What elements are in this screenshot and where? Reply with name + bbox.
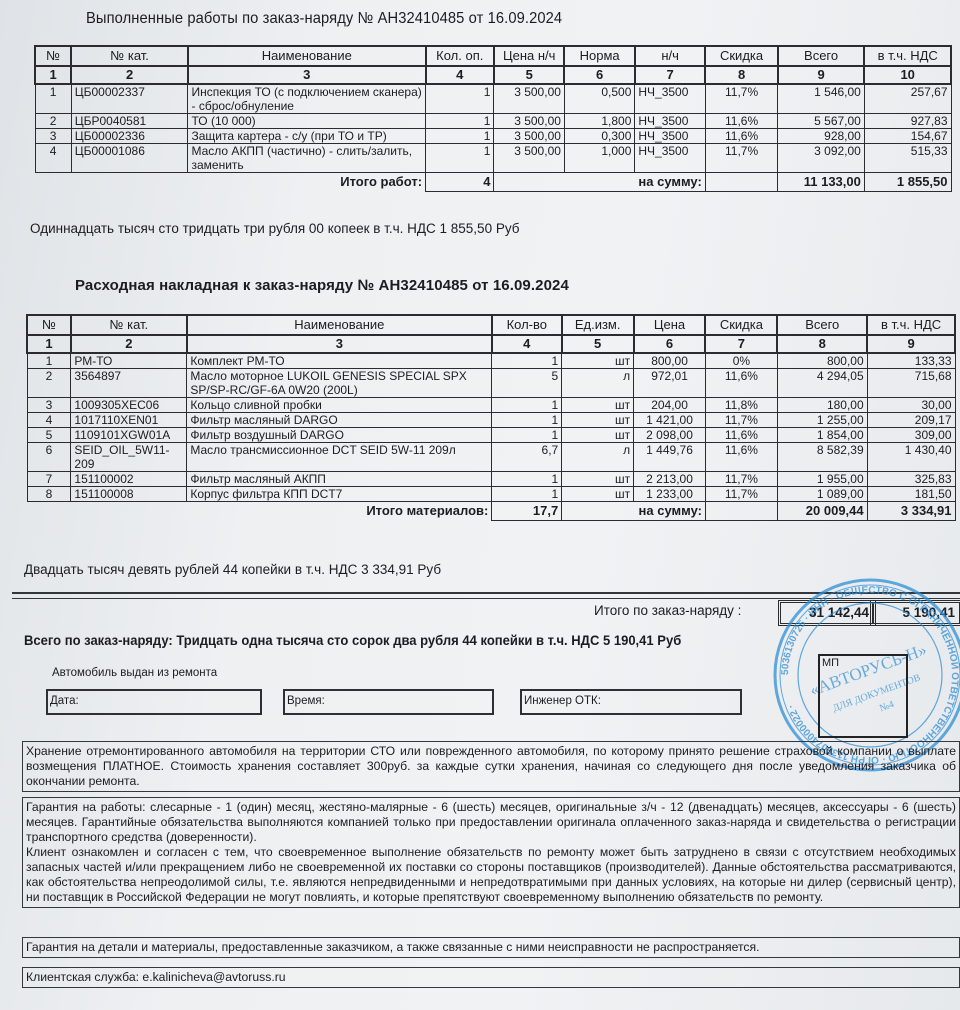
col-number: 3 bbox=[187, 335, 492, 353]
cell-discount: 0% bbox=[705, 353, 777, 369]
cell-price: 2 213,00 bbox=[634, 472, 706, 487]
cell-n: 8 bbox=[27, 487, 71, 502]
storage-terms-text: Хранение отремонтированного автомобиля н… bbox=[26, 744, 956, 789]
col-number: 4 bbox=[426, 66, 494, 84]
cell-price: 800,00 bbox=[634, 353, 706, 369]
cell-unit: л bbox=[562, 369, 634, 398]
release-heading: Автомобиль выдан из ремонта bbox=[52, 667, 217, 679]
cell-cat: 1009305XEC06 bbox=[71, 398, 187, 413]
cell-norm: 1,800 bbox=[564, 114, 634, 129]
works-title: Выполненные работы по заказ-наряду № АН3… bbox=[86, 10, 562, 28]
table-row: 41017110XEN01Фильтр масляный DARGO1шт1 4… bbox=[27, 413, 955, 428]
cell-discount: 11,6% bbox=[705, 443, 777, 472]
col-header: Скидка bbox=[705, 315, 777, 335]
table-row: 6SEID_OIL_5W11-209Масло трансмиссионное … bbox=[27, 443, 955, 472]
cell-cat: 151100008 bbox=[71, 487, 187, 502]
works-total-in-words: Одиннадцать тысяч сто тридцать три рубля… bbox=[30, 221, 519, 236]
cell-vat: 257,67 bbox=[864, 84, 951, 114]
cell-qty: 5 bbox=[492, 369, 562, 398]
cell-name: Кольцо сливной пробки bbox=[187, 398, 492, 413]
cell-vat: 325,83 bbox=[867, 472, 955, 487]
cell-total: 180,00 bbox=[777, 398, 867, 413]
cell-name: ТО (10 000) bbox=[188, 114, 426, 129]
warranty-terms-box: Гарантия на работы: слесарные - 1 (один)… bbox=[22, 797, 960, 908]
table-row: 2ЦБР0040581ТО (10 000)13 500,001,800НЧ_3… bbox=[35, 114, 951, 129]
cell-rate: НЧ_3500 bbox=[635, 114, 705, 129]
cell-discount: 11,6% bbox=[705, 114, 777, 129]
cell-total: 1 854,00 bbox=[777, 428, 867, 443]
works-total-label: Итого работ: bbox=[35, 173, 426, 192]
cell-price: 972,01 bbox=[634, 369, 706, 398]
cell-name: Инспекция ТО (с подключением сканера) - … bbox=[188, 84, 426, 114]
cell-total: 8 582,39 bbox=[777, 443, 867, 472]
document-page: Выполненные работы по заказ-наряду № АН3… bbox=[0, 0, 960, 1010]
cell-cat: 3564897 bbox=[71, 369, 187, 398]
cell-cat: ЦБ00001086 bbox=[71, 144, 188, 173]
cell-qty: 6,7 bbox=[492, 443, 562, 472]
cell-norm: 1,000 bbox=[564, 144, 634, 173]
storage-terms-box: Хранение отремонтированного автомобиля н… bbox=[22, 741, 960, 792]
cell-total: 4 294,05 bbox=[777, 369, 867, 398]
table-row: 3ЦБ00002336Защита картера - с/у (при ТО … bbox=[35, 129, 951, 144]
cell-qty: 1 bbox=[492, 472, 562, 487]
cell-n: 4 bbox=[35, 144, 71, 173]
cell-total: 800,00 bbox=[777, 353, 867, 369]
cell-n: 5 bbox=[27, 428, 71, 443]
release-time-field: Время: bbox=[283, 689, 494, 715]
materials-total-in-words: Двадцать тысяч девять рублей 44 копейки … bbox=[24, 562, 441, 577]
col-header: Всего bbox=[777, 315, 867, 335]
cell-unit: шт bbox=[562, 413, 634, 428]
materials-sum-label: на сумму: bbox=[562, 502, 706, 521]
works-header-row: № № кат. Наименование Кол. оп. Цена н/ч … bbox=[35, 46, 951, 66]
materials-title: Расходная накладная к заказ-наряду № АН3… bbox=[75, 277, 569, 294]
cell-unit: шт bbox=[562, 353, 634, 369]
col-number: 9 bbox=[778, 66, 865, 84]
col-number: 3 bbox=[188, 66, 426, 84]
cell-total: 1 255,00 bbox=[777, 413, 867, 428]
cell-price: 3 500,00 bbox=[494, 84, 564, 114]
cell-qty: 1 bbox=[492, 413, 562, 428]
col-header: Всего bbox=[778, 46, 865, 66]
materials-total-vat: 3 334,91 bbox=[867, 502, 955, 521]
cell-name: Комплект РМ-ТО bbox=[187, 353, 492, 369]
cell-name: Корпус фильтра КПП DCT7 bbox=[187, 487, 492, 502]
cell-vat: 209,17 bbox=[867, 413, 955, 428]
cell-price: 1 421,00 bbox=[634, 413, 706, 428]
grand-total-in-words: Всего по заказ-наряду: Тридцать одна тыс… bbox=[24, 632, 681, 648]
cell-name: Масло АКПП (частично) - слить/залить, за… bbox=[188, 144, 426, 173]
cell-name: Масло трансмиссионное DCT SEID 5W-11 209… bbox=[187, 443, 492, 472]
cell-total: 5 567,00 bbox=[778, 114, 865, 129]
works-total-row: Итого работ: 4 на сумму: 11 133,00 1 855… bbox=[35, 173, 951, 192]
col-number: 5 bbox=[494, 66, 564, 84]
cell-discount: 11,6% bbox=[705, 129, 777, 144]
works-total-qty: 4 bbox=[426, 173, 494, 192]
cell-n: 1 bbox=[35, 84, 71, 114]
col-header: Ед.изм. bbox=[562, 315, 634, 335]
cell-name: Фильтр масляный DARGO bbox=[187, 413, 492, 428]
table-row: 23564897Масло моторное LUKOIL GENESIS SP… bbox=[27, 369, 955, 398]
table-row: 1ЦБ00002337Инспекция ТО (с подключением … bbox=[35, 84, 951, 114]
cell-vat: 30,00 bbox=[867, 398, 955, 413]
works-table: № № кат. Наименование Кол. оп. Цена н/ч … bbox=[34, 45, 952, 192]
cell-vat: 715,68 bbox=[867, 369, 955, 398]
table-row: 1РМ-ТОКомплект РМ-ТО1шт800,000%800,00133… bbox=[27, 353, 955, 369]
table-row: 51109101XGW01AФильтр воздушный DARGO1шт2… bbox=[27, 428, 955, 443]
cell-vat: 1 430,40 bbox=[867, 443, 955, 472]
cell-price: 1 449,76 bbox=[634, 443, 706, 472]
cell-name: Фильтр воздушный DARGO bbox=[187, 428, 492, 443]
col-number: 6 bbox=[634, 335, 706, 353]
col-header: № кат. bbox=[71, 46, 188, 66]
works-column-numbers: 1 2 3 4 5 6 7 8 9 10 bbox=[35, 66, 951, 84]
col-number: 6 bbox=[564, 66, 634, 84]
cell-price: 2 098,00 bbox=[634, 428, 706, 443]
force-majeure-text: Клиент ознакомлен и согласен с тем, что … bbox=[26, 845, 956, 905]
cell-cat: 1017110XEN01 bbox=[71, 413, 187, 428]
cell-unit: шт bbox=[562, 398, 634, 413]
materials-total-qty: 17,7 bbox=[492, 502, 562, 521]
col-number: 7 bbox=[705, 335, 777, 353]
col-number: 8 bbox=[705, 66, 777, 84]
col-number: 2 bbox=[71, 66, 188, 84]
col-header: № кат. bbox=[71, 315, 187, 335]
cell-price: 3 500,00 bbox=[494, 114, 564, 129]
cell-vat: 181,50 bbox=[867, 487, 955, 502]
col-header: в т.ч. НДС bbox=[867, 315, 955, 335]
cell-n: 2 bbox=[35, 114, 71, 129]
cell-price: 204,00 bbox=[634, 398, 706, 413]
table-row: 31009305XEC06Кольцо сливной пробки1шт204… bbox=[27, 398, 955, 413]
materials-total-row: Итого материалов: 17,7 на сумму: 20 009,… bbox=[27, 502, 955, 521]
materials-total-sum: 20 009,44 bbox=[777, 502, 867, 521]
col-number: 8 bbox=[777, 335, 867, 353]
cell-discount: 11,7% bbox=[705, 84, 777, 114]
cell-price: 3 500,00 bbox=[494, 129, 564, 144]
cell-name: Масло моторное LUKOIL GENESIS SPECIAL SP… bbox=[187, 369, 492, 398]
cell-cat: SEID_OIL_5W11-209 bbox=[71, 443, 187, 472]
cell-n: 4 bbox=[27, 413, 71, 428]
col-header: Скидка bbox=[705, 46, 777, 66]
cell-discount: 11,7% bbox=[705, 413, 777, 428]
col-header: Цена bbox=[634, 315, 706, 335]
cell-rate: НЧ_3500 bbox=[635, 84, 705, 114]
stamp-place-box: МП bbox=[818, 654, 908, 738]
materials-total-label: Итого материалов: bbox=[27, 502, 492, 521]
customer-service-email-link[interactable]: e.kalinicheva@avtoruss.ru bbox=[142, 970, 285, 984]
cell-qty: 1 bbox=[492, 487, 562, 502]
cell-vat: 154,67 bbox=[864, 129, 951, 144]
cell-total: 3 092,00 bbox=[778, 144, 865, 173]
cell-cat: 151100002 bbox=[71, 472, 187, 487]
cell-qty: 1 bbox=[492, 428, 562, 443]
cell-qty: 1 bbox=[492, 398, 562, 413]
cell-unit: шт bbox=[562, 487, 634, 502]
cell-price: 1 233,00 bbox=[634, 487, 706, 502]
cell-rate: НЧ_3500 bbox=[635, 144, 705, 173]
cell-name: Защита картера - с/у (при ТО и ТР) bbox=[188, 129, 426, 144]
col-number: 9 bbox=[867, 335, 955, 353]
cell-cat: ЦБР0040581 bbox=[71, 114, 188, 129]
cell-qty: 1 bbox=[426, 114, 494, 129]
col-header: Наименование bbox=[188, 46, 426, 66]
release-date-field: Дата: bbox=[46, 689, 262, 715]
cell-discount: 11,6% bbox=[705, 369, 777, 398]
cell-discount: 11,7% bbox=[705, 472, 777, 487]
cell-rate: НЧ_3500 bbox=[635, 129, 705, 144]
works-total-vat: 1 855,50 bbox=[864, 173, 951, 192]
cell-qty: 1 bbox=[426, 84, 494, 114]
works-total-sum: 11 133,00 bbox=[778, 173, 865, 192]
cell-total: 1 546,00 bbox=[778, 84, 865, 114]
cell-price: 3 500,00 bbox=[494, 144, 564, 173]
works-total-empty bbox=[705, 173, 777, 192]
cell-vat: 927,83 bbox=[864, 114, 951, 129]
cell-cat: 1109101XGW01A bbox=[71, 428, 187, 443]
col-header: № bbox=[27, 315, 71, 335]
warranty-terms-text: Гарантия на работы: слесарные - 1 (один)… bbox=[26, 800, 956, 845]
cell-n: 3 bbox=[35, 129, 71, 144]
col-header: в т.ч. НДС bbox=[864, 46, 951, 66]
col-header: № bbox=[35, 46, 71, 66]
cell-unit: шт bbox=[562, 428, 634, 443]
col-header: Кол. оп. bbox=[426, 46, 494, 66]
cell-discount: 11,6% bbox=[705, 428, 777, 443]
cell-unit: шт bbox=[562, 472, 634, 487]
cell-qty: 1 bbox=[492, 353, 562, 369]
cell-cat: РМ-ТО bbox=[71, 353, 187, 369]
materials-total-empty bbox=[705, 502, 777, 521]
materials-column-numbers: 1 2 3 4 5 6 7 8 9 bbox=[27, 335, 955, 353]
table-row: 4ЦБ00001086Масло АКПП (частично) - слить… bbox=[35, 144, 951, 173]
cell-n: 7 bbox=[27, 472, 71, 487]
cell-vat: 309,00 bbox=[867, 428, 955, 443]
stamp-place-label: МП bbox=[822, 657, 839, 669]
inspector-field: Инженер ОТК: bbox=[520, 689, 742, 715]
col-number: 7 bbox=[635, 66, 705, 84]
cell-discount: 11,8% bbox=[705, 398, 777, 413]
cell-n: 3 bbox=[27, 398, 71, 413]
table-row: 7151100002Фильтр масляный АКПП1шт2 213,0… bbox=[27, 472, 955, 487]
customer-parts-text: Гарантия на детали и материалы, предоста… bbox=[26, 940, 956, 955]
cell-unit: л bbox=[562, 443, 634, 472]
col-header: Норма bbox=[564, 46, 634, 66]
col-number: 1 bbox=[27, 335, 71, 353]
col-number: 10 bbox=[864, 66, 951, 84]
col-header: Наименование bbox=[187, 315, 492, 335]
col-header: н/ч bbox=[635, 46, 705, 66]
cell-total: 928,00 bbox=[778, 129, 865, 144]
col-number: 5 bbox=[562, 335, 634, 353]
cell-qty: 1 bbox=[426, 129, 494, 144]
cell-norm: 0,500 bbox=[564, 84, 634, 114]
cell-discount: 11,7% bbox=[705, 487, 777, 502]
cell-qty: 1 bbox=[426, 144, 494, 173]
materials-header-row: № № кат. Наименование Кол-во Ед.изм. Цен… bbox=[27, 315, 955, 335]
customer-service-box: Клиентская служба: e.kalinicheva@avtorus… bbox=[22, 967, 960, 988]
cell-norm: 0,300 bbox=[564, 129, 634, 144]
cell-vat: 133,33 bbox=[867, 353, 955, 369]
col-number: 4 bbox=[492, 335, 562, 353]
col-number: 1 bbox=[35, 66, 71, 84]
cell-discount: 11,7% bbox=[705, 144, 777, 173]
cell-n: 2 bbox=[27, 369, 71, 398]
table-row: 8151100008Корпус фильтра КПП DCT71шт1 23… bbox=[27, 487, 955, 502]
grand-total-label: Итого по заказ-наряду : bbox=[594, 603, 741, 618]
cell-cat: ЦБ00002336 bbox=[71, 129, 188, 144]
cell-cat: ЦБ00002337 bbox=[71, 84, 188, 114]
cell-name: Фильтр масляный АКПП bbox=[187, 472, 492, 487]
col-header: Кол-во bbox=[492, 315, 562, 335]
customer-parts-box: Гарантия на детали и материалы, предоста… bbox=[22, 937, 960, 958]
materials-table: № № кат. Наименование Кол-во Ед.изм. Цен… bbox=[26, 314, 956, 521]
cell-vat: 515,33 bbox=[864, 144, 951, 173]
cell-n: 6 bbox=[27, 443, 71, 472]
cell-n: 1 bbox=[27, 353, 71, 369]
col-number: 2 bbox=[71, 335, 187, 353]
col-header: Цена н/ч bbox=[494, 46, 564, 66]
works-sum-label: на сумму: bbox=[494, 173, 705, 192]
cell-total: 1 955,00 bbox=[777, 472, 867, 487]
cell-total: 1 089,00 bbox=[777, 487, 867, 502]
customer-service-label: Клиентская служба: bbox=[26, 970, 139, 984]
